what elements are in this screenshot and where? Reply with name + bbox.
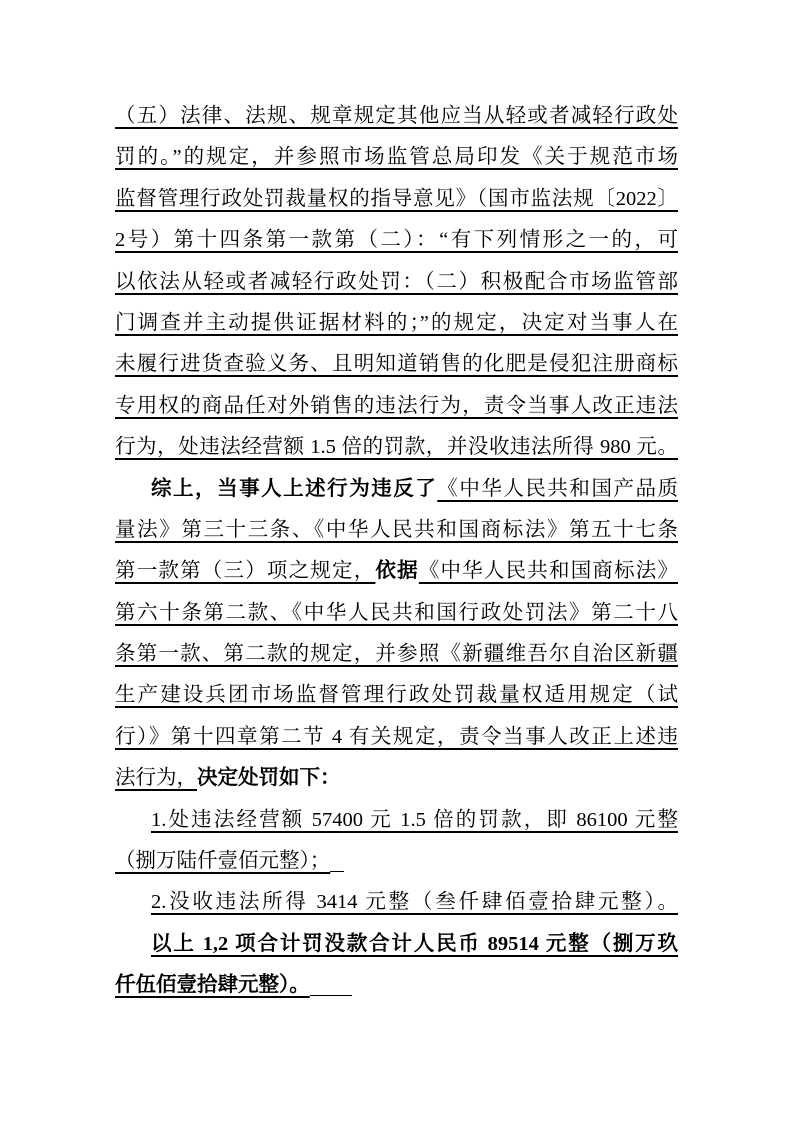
text-run: 决定处罚如下： [197, 767, 341, 789]
text-run: 《中华人民共和国产品质 [437, 478, 678, 500]
text-run: 生产建设兵团市场监督管理行政处罚裁量权适用规定（试 [115, 684, 678, 706]
text-line: 门调查并主动提供证据材料的；”的规定，决定对当事人在 [115, 303, 678, 344]
text-run: 法行为， [115, 767, 197, 789]
text-run: 2.没收违法所得 3414 元整（叁仟肆佰壹拾肆元整）。 [151, 891, 678, 913]
text-run: 1.处违法经营额 57400 元 1.5 倍的罚款，即 86100 元整 [151, 809, 678, 831]
text-run: 2号）第十四条第一款第（二）：“有下列情形之一的，可 [115, 229, 678, 251]
text-run: 门调查并主动提供证据材料的；”的规定，决定对当事人在 [115, 312, 678, 334]
text-run: （捌万陆仟壹佰元整）； [115, 850, 330, 872]
text-run: 罚的。”的规定，并参照市场监管总局印发《关于规范市场 [115, 146, 678, 168]
text-run: 以依法从轻或者减轻行政处罚：（二）积极配合市场监管部 [115, 271, 678, 293]
text-line: 第一款第（三）项之规定，依据《中华人民共和国商标法》 [115, 551, 678, 592]
text-run: 以上 1,2 项合计罚没款合计人民币 89514 元整（捌万玖 [151, 933, 678, 955]
text-run: 依据 [375, 560, 418, 582]
text-line: 罚的。”的规定，并参照市场监管总局印发《关于规范市场 [115, 137, 678, 178]
text-line: （五）法律、法规、规章规定其他应当从轻或者减轻行政处 [115, 96, 678, 137]
underline-extension [330, 853, 344, 872]
underline-extension [310, 977, 352, 996]
text-line: 法行为，决定处罚如下： [115, 758, 678, 799]
text-line: （捌万陆仟壹佰元整）； [115, 841, 678, 882]
text-line: 生产建设兵团市场监督管理行政处罚裁量权适用规定（试 [115, 675, 678, 716]
text-line: 行为，处违法经营额 1.5 倍的罚款，并没收违法所得 980 元。 [115, 427, 678, 468]
text-line: 仟伍佰壹拾肆元整）。 [115, 965, 678, 1006]
text-line: 以上 1,2 项合计罚没款合计人民币 89514 元整（捌万玖 [115, 924, 678, 965]
text-line: 2号）第十四条第一款第（二）：“有下列情形之一的，可 [115, 220, 678, 261]
text-run: 仟伍佰壹拾肆元整）。 [115, 974, 310, 996]
text-run: 综上，当事人上述行为违反了 [151, 478, 437, 500]
text-run: 第一款第（三）项之规定， [115, 560, 375, 582]
text-run: （五）法律、法规、规章规定其他应当从轻或者减轻行政处 [115, 105, 678, 127]
text-line: 综上，当事人上述行为违反了《中华人民共和国产品质 [115, 469, 678, 510]
text-run: 量法》第三十三条、《中华人民共和国商标法》第五十七条 [115, 519, 678, 541]
text-line: 未履行进货查验义务、且明知道销售的化肥是侵犯注册商标 [115, 344, 678, 385]
text-line: 行）》第十四章第二节 4 有关规定，责令当事人改正上述违 [115, 717, 678, 758]
document-page: （五）法律、法规、规章规定其他应当从轻或者减轻行政处罚的。”的规定，并参照市场监… [0, 0, 793, 1122]
text-run: 行）》第十四章第二节 4 有关规定，责令当事人改正上述违 [115, 726, 678, 748]
text-run: 《中华人民共和国商标法》 [419, 560, 678, 582]
text-line: 专用权的商品任对外销售的违法行为，责令当事人改正违法 [115, 386, 678, 427]
text-run: 第六十条第二款、《中华人民共和国行政处罚法》第二十八 [115, 602, 678, 624]
text-line: 以依法从轻或者减轻行政处罚：（二）积极配合市场监管部 [115, 262, 678, 303]
text-line: 条第一款、第二款的规定，并参照《新疆维吾尔自治区新疆 [115, 634, 678, 675]
text-run: 监督管理行政处罚裁量权的指导意见》（国市监法规〔2022〕 [115, 188, 678, 210]
text-line: 监督管理行政处罚裁量权的指导意见》（国市监法规〔2022〕 [115, 179, 678, 220]
text-run: 专用权的商品任对外销售的违法行为，责令当事人改正违法 [115, 395, 678, 417]
text-run: 条第一款、第二款的规定，并参照《新疆维吾尔自治区新疆 [115, 643, 678, 665]
text-run: 行为，处违法经营额 1.5 倍的罚款，并没收违法所得 980 元。 [115, 436, 678, 458]
text-line: 量法》第三十三条、《中华人民共和国商标法》第五十七条 [115, 510, 678, 551]
text-line: 2.没收违法所得 3414 元整（叁仟肆佰壹拾肆元整）。 [115, 882, 678, 923]
text-run: 未履行进货查验义务、且明知道销售的化肥是侵犯注册商标 [115, 353, 678, 375]
text-line: 1.处违法经营额 57400 元 1.5 倍的罚款，即 86100 元整 [115, 800, 678, 841]
text-line: 第六十条第二款、《中华人民共和国行政处罚法》第二十八 [115, 593, 678, 634]
